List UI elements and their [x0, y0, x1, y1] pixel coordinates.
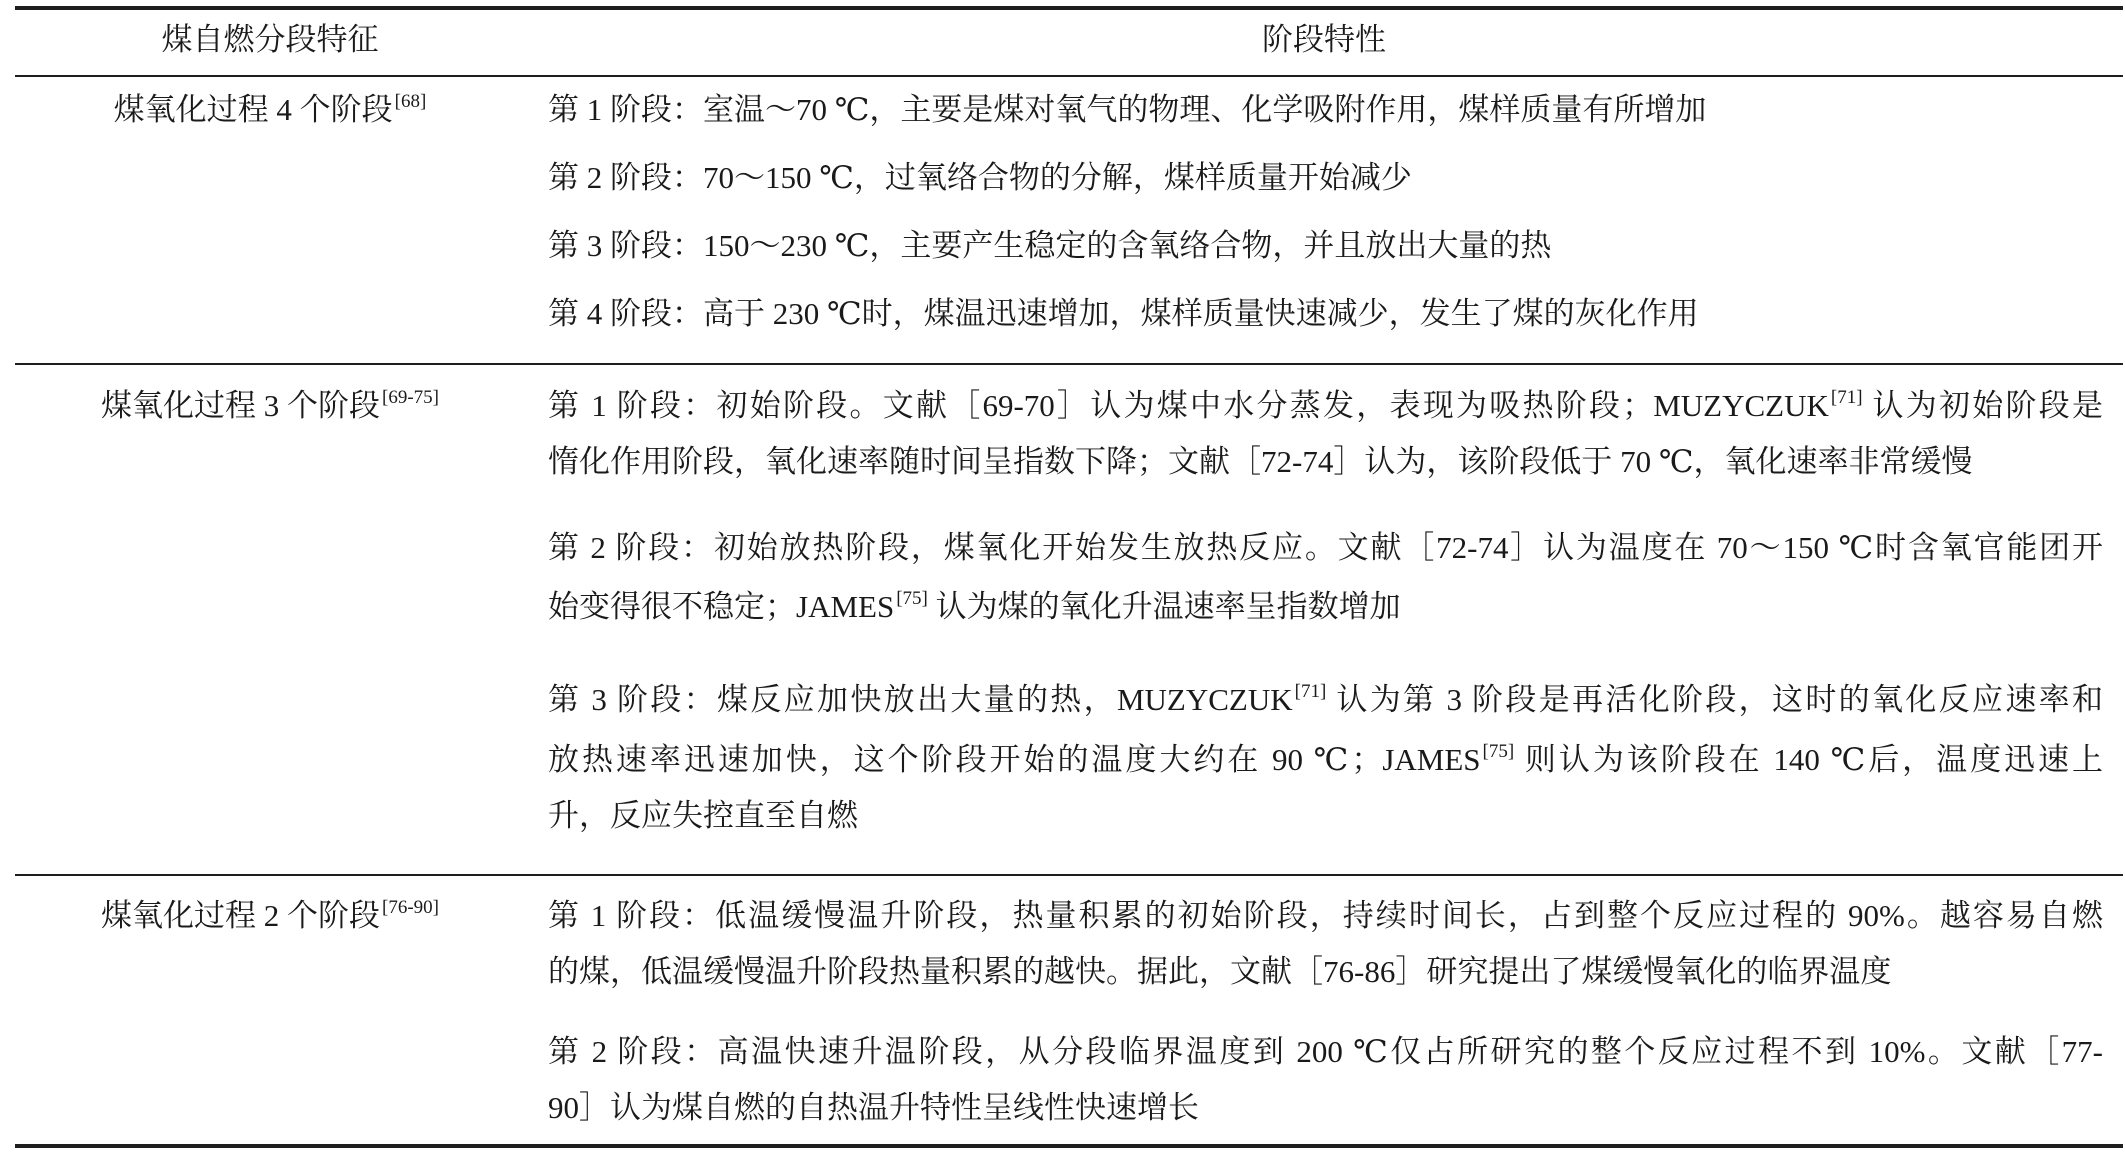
stage-line: 第 1 阶段：低温缓慢温升阶段，热量积累的初始阶段，持续时间长，占到整个反应过程… [548, 898, 2103, 934]
citation-ref: [71] [1295, 681, 1327, 702]
citation-ref: [71] [1831, 387, 1863, 408]
stage-line: 惰化作用阶段，氧化速率随时间呈指数下降；文献［72-74］认为，该阶段低于 70… [548, 444, 2103, 480]
category-label: 煤氧化过程 2 个阶段 [101, 898, 380, 933]
citation-ref: [75] [1483, 741, 1515, 762]
stage-line: 升，反应失控直至自燃 [548, 798, 2103, 834]
stage-line: 第 4 阶段：高于 230 ℃时，煤温迅速增加，煤样质量快速减少，发生了煤的灰化… [548, 296, 2103, 332]
header-col-stage-property: 阶段特性 [1262, 22, 1386, 58]
category-label: 煤氧化过程 3 个阶段 [101, 388, 380, 423]
stage-line: 第 2 阶段：初始放热阶段，煤氧化开始发生放热反应。文献［72-74］认为温度在… [548, 530, 2103, 566]
citation-ref: [68] [395, 91, 427, 112]
citation-ref: [76-90] [382, 897, 439, 918]
bottom-rule [15, 1144, 2123, 1148]
stage-line: 始变得很不稳定；JAMES[75] 认为煤的氧化升温速率呈指数增加 [548, 589, 2103, 630]
stage-line: 第 2 阶段：高温快速升温阶段，从分段临界温度到 200 ℃仅占所研究的整个反应… [548, 1034, 2103, 1070]
header-col-stage-feature: 煤自燃分段特征 [15, 22, 525, 58]
citation-ref: [69-75] [382, 387, 439, 408]
text-run: 放热速率迅速加快，这个阶段开始的温度大约在 90 ℃；JAMES [548, 742, 1481, 777]
text-run: 则认为该阶段在 140 ℃后，温度迅速上 [1514, 742, 2103, 777]
citation-ref: [75] [896, 588, 928, 609]
text-run: 认为第 3 阶段是再活化阶段，这时的氧化反应速率和 [1326, 682, 2103, 717]
text-run: 认为煤的氧化升温速率呈指数增加 [928, 589, 1401, 624]
stage-line: 第 1 阶段：室温～70 ℃，主要是煤对氧气的物理、化学吸附作用，煤样质量有所增… [548, 92, 2103, 128]
header-rule [15, 75, 2123, 77]
stage-line: 90］认为煤自燃的自热温升特性呈线性快速增长 [548, 1090, 2103, 1126]
stage-line: 放热速率迅速加快，这个阶段开始的温度大约在 90 ℃；JAMES[75] 则认为… [548, 742, 2103, 783]
stage-line: 第 3 阶段：煤反应加快放出大量的热，MUZYCZUK[71] 认为第 3 阶段… [548, 682, 2103, 723]
text-run: 始变得很不稳定；JAMES [548, 589, 894, 624]
row-divider [15, 874, 2123, 876]
text-run: 认为初始阶段是 [1863, 388, 2103, 423]
text-run: 第 3 阶段：煤反应加快放出大量的热，MUZYCZUK [548, 682, 1293, 717]
stage-line: 的煤，低温缓慢温升阶段热量积累的越快。据此，文献［76-86］研究提出了煤缓慢氧… [548, 954, 2103, 990]
row-divider [15, 363, 2123, 365]
row-category: 煤氧化过程 2 个阶段[76-90] [15, 898, 525, 939]
stage-line: 第 1 阶段：初始阶段。文献［69-70］认为煤中水分蒸发，表现为吸热阶段；MU… [548, 388, 2103, 429]
row-category: 煤氧化过程 4 个阶段[68] [15, 92, 525, 133]
stage-line: 第 3 阶段：150～230 ℃，主要产生稳定的含氧络合物，并且放出大量的热 [548, 228, 2103, 264]
text-run: 第 1 阶段：初始阶段。文献［69-70］认为煤中水分蒸发，表现为吸热阶段；MU… [548, 388, 1829, 423]
top-rule [15, 6, 2123, 10]
row-category: 煤氧化过程 3 个阶段[69-75] [15, 388, 525, 429]
category-label: 煤氧化过程 4 个阶段 [114, 92, 393, 127]
stage-line: 第 2 阶段：70～150 ℃，过氧络合物的分解，煤样质量开始减少 [548, 160, 2103, 196]
